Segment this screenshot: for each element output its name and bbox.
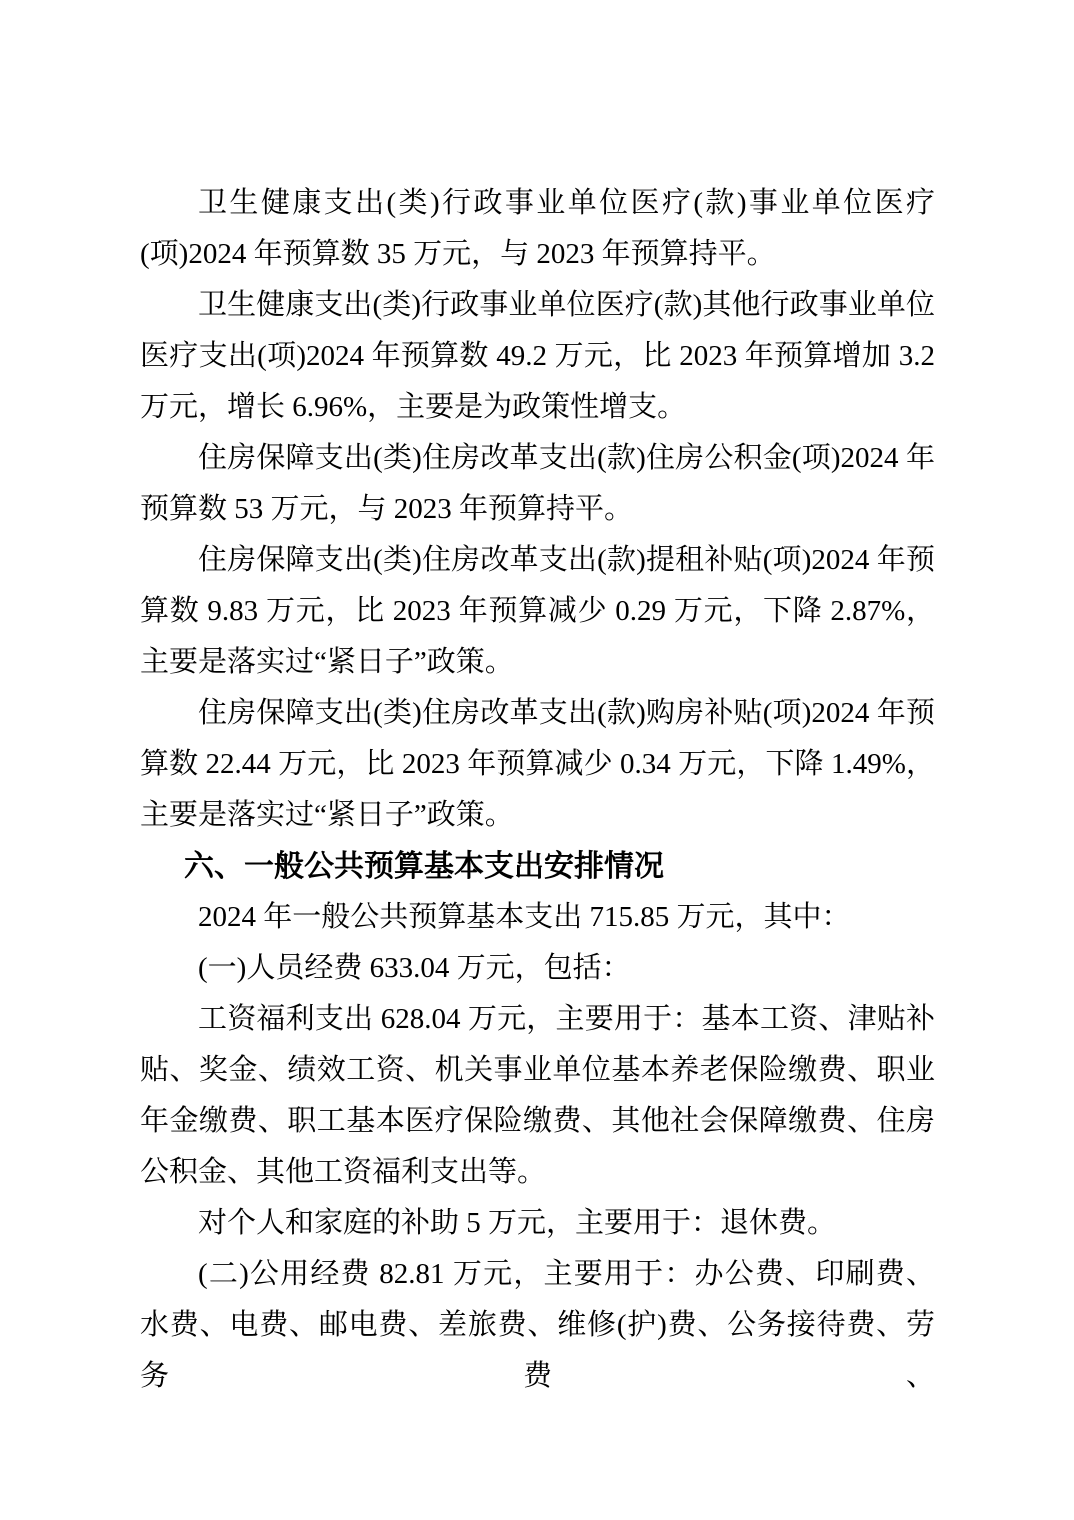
body-paragraph: (一)人员经费 633.04 万元，包括：	[140, 943, 935, 994]
body-paragraph: 工资福利支出 628.04 万元，主要用于：基本工资、津贴补贴、奖金、绩效工资、…	[140, 994, 935, 1198]
document-page: 卫生健康支出(类)行政事业单位医疗(款)事业单位医疗(项)2024 年预算数 3…	[0, 0, 1074, 1520]
body-paragraph: (二)公用经费 82.81 万元，主要用于：办公费、印刷费、水费、电费、邮电费、…	[140, 1249, 935, 1402]
section-heading: 六、一般公共预算基本支出安排情况	[140, 841, 935, 892]
body-paragraph: 对个人和家庭的补助 5 万元，主要用于：退休费。	[140, 1198, 935, 1249]
document-body: 卫生健康支出(类)行政事业单位医疗(款)事业单位医疗(项)2024 年预算数 3…	[140, 178, 935, 1402]
body-paragraph: 卫生健康支出(类)行政事业单位医疗(款)其他行政事业单位医疗支出(项)2024 …	[140, 280, 935, 433]
body-paragraph: 2024 年一般公共预算基本支出 715.85 万元，其中：	[140, 892, 935, 943]
body-paragraph: 住房保障支出(类)住房改革支出(款)购房补贴(项)2024 年预算数 22.44…	[140, 688, 935, 841]
body-paragraph: 卫生健康支出(类)行政事业单位医疗(款)事业单位医疗(项)2024 年预算数 3…	[140, 178, 935, 280]
body-paragraph: 住房保障支出(类)住房改革支出(款)提租补贴(项)2024 年预算数 9.83 …	[140, 535, 935, 688]
body-paragraph: 住房保障支出(类)住房改革支出(款)住房公积金(项)2024 年预算数 53 万…	[140, 433, 935, 535]
